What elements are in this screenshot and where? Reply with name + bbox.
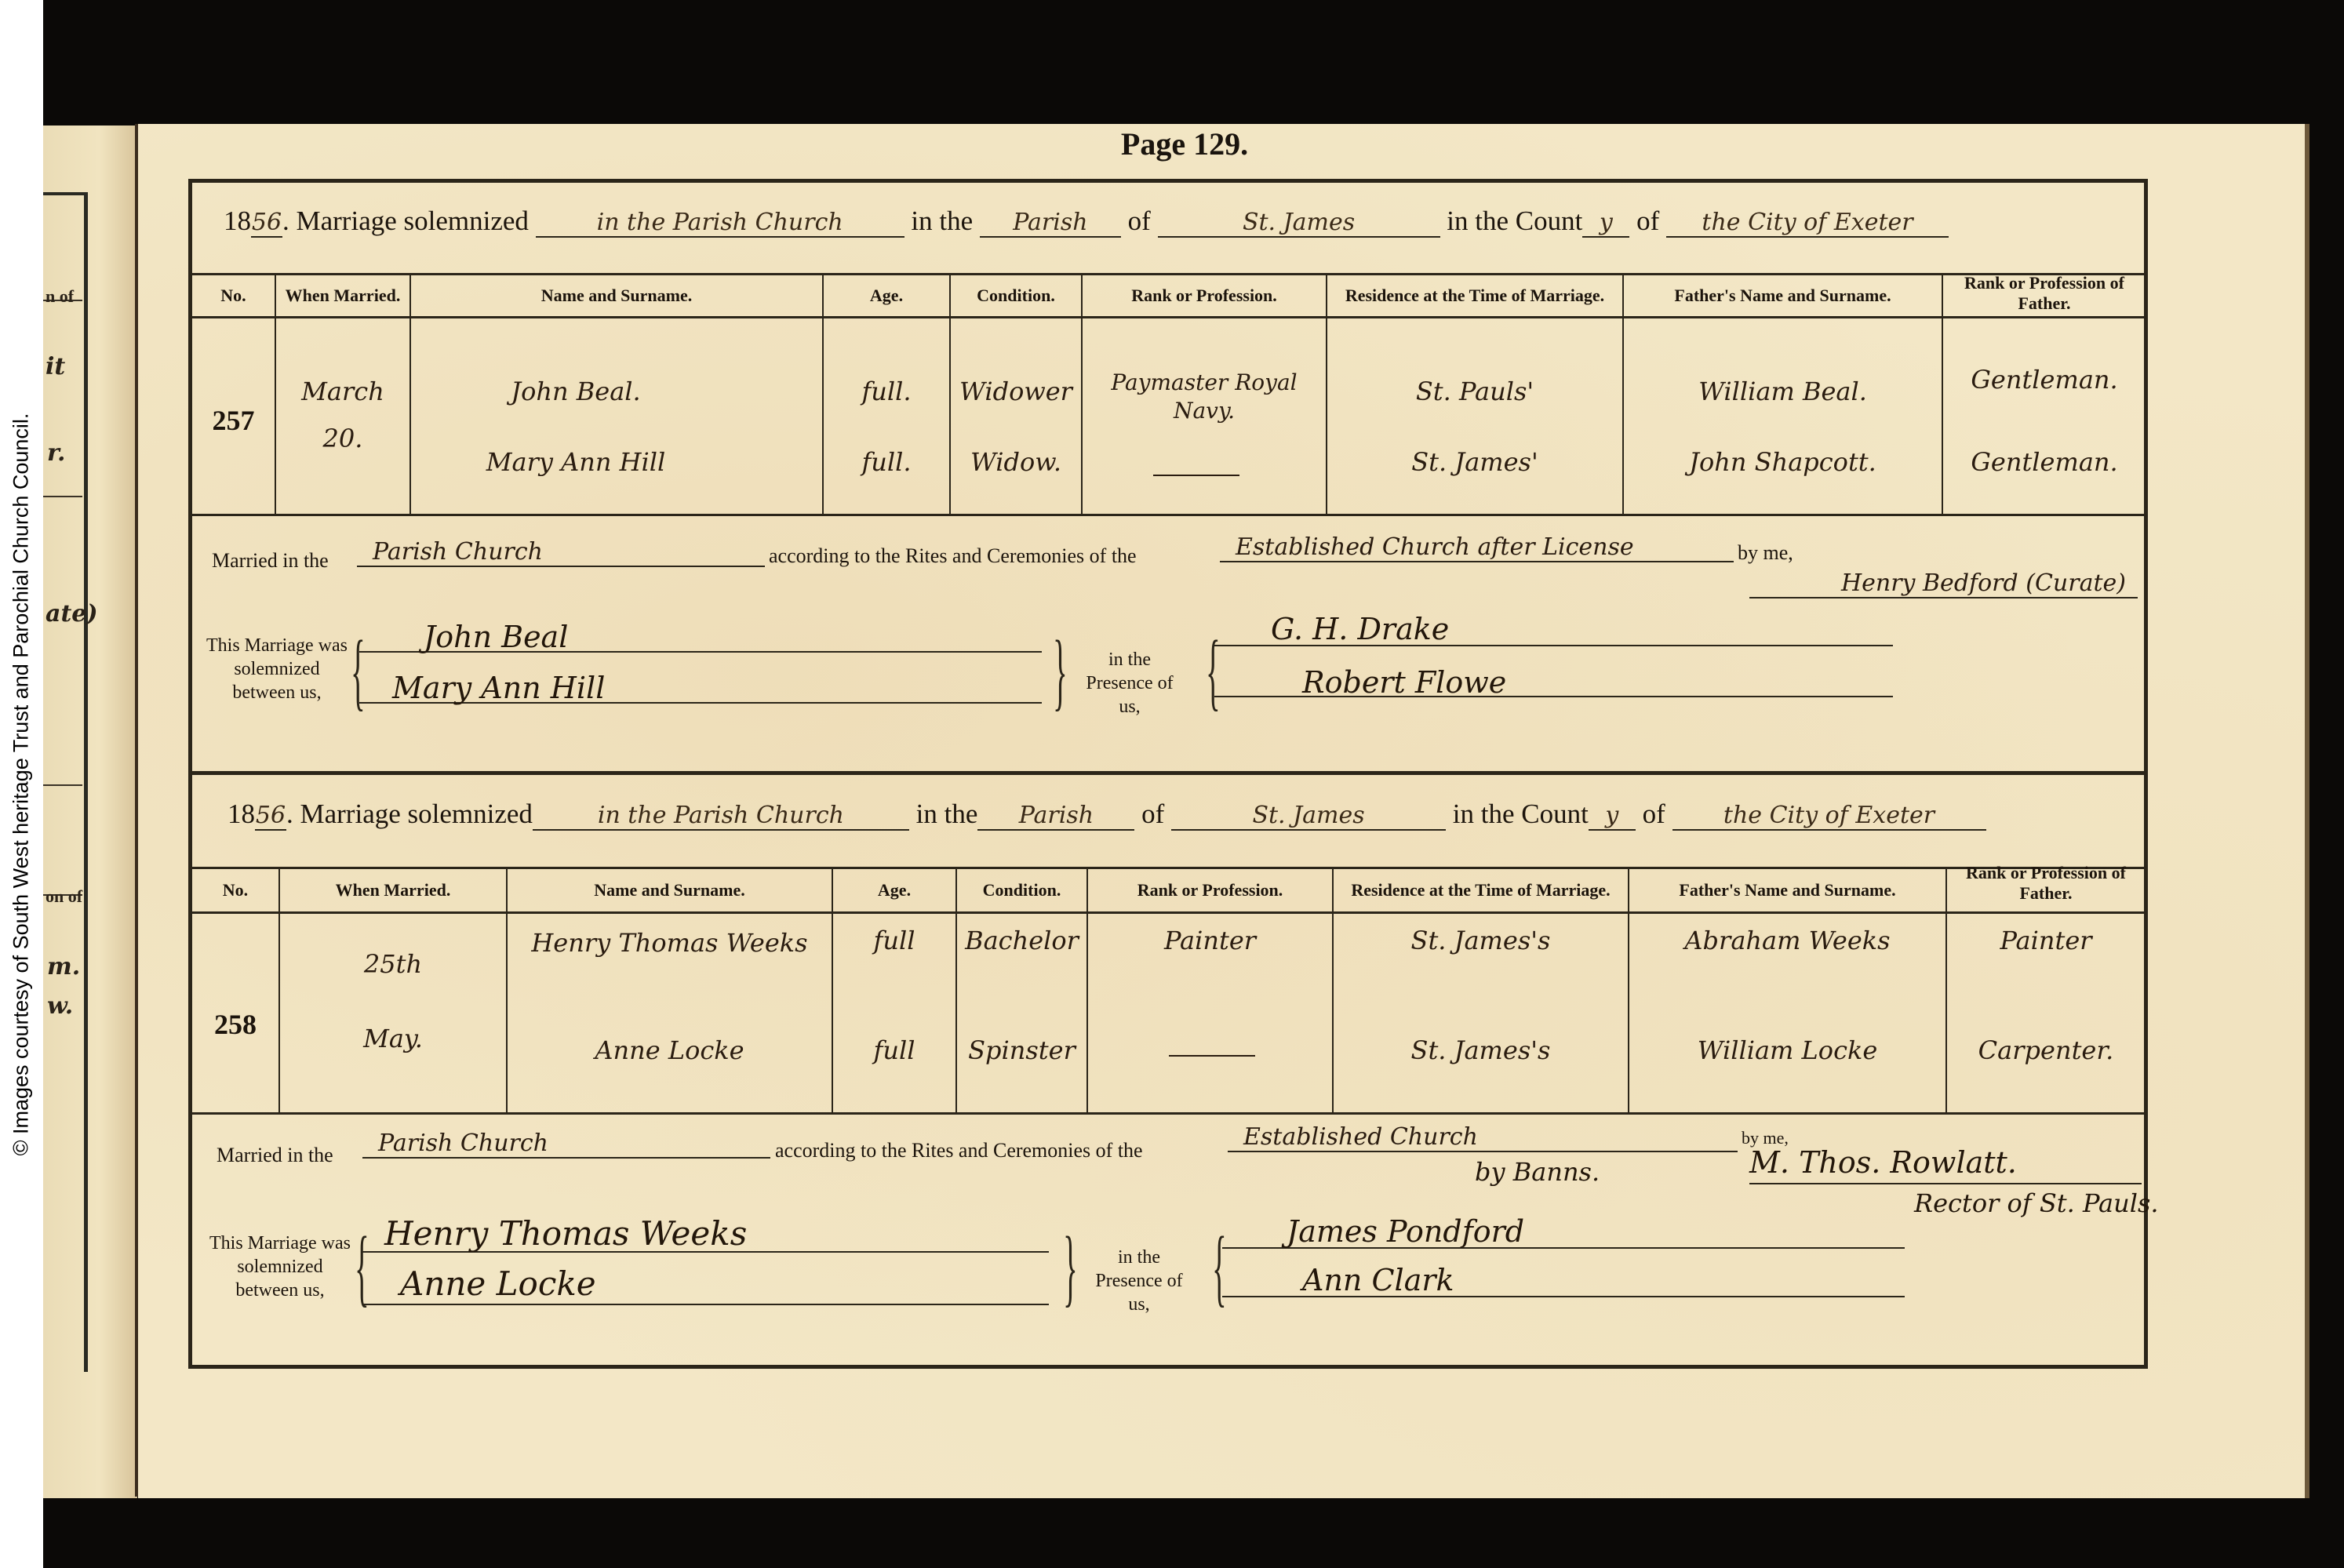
in-the-label: in the bbox=[916, 799, 978, 829]
bride-age: full. bbox=[824, 447, 949, 477]
when-married-day: 25th bbox=[280, 949, 506, 979]
bride-rank-dash bbox=[1169, 1055, 1255, 1057]
parish-name: St. James bbox=[1158, 209, 1440, 238]
rites-of: Established Church bbox=[1228, 1123, 1738, 1152]
entry-number: 257 bbox=[192, 404, 275, 437]
left-fragment-text: m. bbox=[47, 953, 80, 980]
officiant-line bbox=[1749, 1183, 2142, 1184]
year-suffix: 56 bbox=[251, 209, 282, 238]
year-prefix: 18 bbox=[224, 206, 251, 236]
col-divider bbox=[278, 867, 280, 1114]
witness-signature: Robert Flowe bbox=[1302, 665, 1506, 700]
left-brace: { bbox=[351, 628, 365, 714]
left-fragment-text: n of bbox=[45, 286, 74, 307]
bride-father-rank: Carpenter. bbox=[1947, 1035, 2145, 1065]
groom-condition: Widower bbox=[951, 377, 1081, 406]
col-divider bbox=[832, 867, 833, 1114]
groom-father-rank: Painter bbox=[1947, 926, 2145, 955]
table-top-rule bbox=[192, 273, 2144, 275]
presence-label: in the Presence of us, bbox=[1083, 648, 1177, 719]
col-header-residence: Residence at the Time of Marriage. bbox=[1334, 880, 1628, 900]
col-header-rank: Rank or Profession. bbox=[1088, 880, 1332, 900]
groom-age: full. bbox=[824, 377, 949, 406]
bride-residence: St. James's bbox=[1334, 1035, 1628, 1065]
when-married-month: March bbox=[276, 377, 409, 406]
bride-condition: Widow. bbox=[951, 447, 1081, 477]
county-suffix: y bbox=[1582, 209, 1629, 238]
bride-signature: Mary Ann Hill bbox=[392, 671, 605, 705]
county-name: the City of Exeter bbox=[1672, 802, 1986, 831]
groom-rank: Paymaster Royal Navy. bbox=[1083, 369, 1326, 425]
witness-signature: G. H. Drake bbox=[1271, 612, 1449, 646]
when-married-day: 20. bbox=[276, 424, 409, 453]
col-header-when: When Married. bbox=[280, 880, 506, 900]
officiant-signature: Henry Bedford (Curate) bbox=[1749, 569, 2138, 598]
year-suffix: 56 bbox=[255, 802, 286, 831]
groom-rank: Painter bbox=[1088, 926, 1332, 955]
parish-name: St. James bbox=[1171, 802, 1446, 831]
page-edge bbox=[2305, 124, 2309, 1498]
col-header-rank: Rank or Profession. bbox=[1083, 286, 1326, 306]
groom-condition: Bachelor bbox=[957, 926, 1086, 955]
left-rule bbox=[43, 784, 82, 786]
col-header-condition: Condition. bbox=[951, 286, 1081, 306]
bride-signature: Anne Locke bbox=[400, 1264, 596, 1303]
right-brace: } bbox=[1063, 1224, 1077, 1310]
groom-signature: Henry Thomas Weeks bbox=[384, 1214, 747, 1253]
solemnized-in: in the Parish Church bbox=[536, 209, 904, 238]
left-fragment-text: it bbox=[45, 353, 65, 380]
left-fragment-text: w. bbox=[47, 992, 73, 1020]
col-header-condition: Condition. bbox=[957, 880, 1086, 900]
col-header-no: No. bbox=[192, 880, 278, 900]
col-divider bbox=[506, 867, 508, 1114]
groom-father: Abraham Weeks bbox=[1629, 926, 1945, 955]
solemnized-label: . Marriage solemnized bbox=[282, 206, 529, 236]
col-header-father: Father's Name and Surname. bbox=[1624, 286, 1942, 306]
col-header-father-rank: Rank or Profession of Father. bbox=[1947, 863, 2145, 904]
col-header-age: Age. bbox=[824, 286, 949, 306]
county-label: in the Count bbox=[1447, 206, 1582, 236]
col-header-no: No. bbox=[192, 286, 275, 306]
bride-father-rank: Gentleman. bbox=[1943, 447, 2146, 477]
bride-father: William Locke bbox=[1629, 1035, 1945, 1065]
presence-label: in the Presence of us, bbox=[1092, 1246, 1186, 1316]
left-rule bbox=[43, 496, 82, 497]
parish-type: Parish bbox=[980, 209, 1121, 238]
credit-strip: © Images courtesy of South West heritage… bbox=[0, 0, 43, 1568]
col-header-father-rank: Rank or Profession of Father. bbox=[1943, 273, 2146, 314]
bride-rank-dash bbox=[1153, 475, 1239, 476]
col-header-father: Father's Name and Surname. bbox=[1629, 880, 1945, 900]
witness-brace: { bbox=[1206, 628, 1220, 714]
col-divider bbox=[955, 867, 957, 1114]
witness-signature: James Pondford bbox=[1287, 1214, 1524, 1249]
table-bottom-rule bbox=[192, 1112, 2144, 1115]
rites-label: according to the Rites and Ceremonies of… bbox=[775, 1139, 1143, 1162]
table-bottom-rule bbox=[192, 514, 2144, 516]
groom-name: John Beal. bbox=[411, 377, 741, 406]
groom-father-rank: Gentleman. bbox=[1943, 365, 2146, 395]
this-marriage-label: This Marriage was solemnized between us, bbox=[206, 1231, 355, 1302]
bride-father: John Shapcott. bbox=[1624, 447, 1942, 477]
col-divider bbox=[1945, 867, 1947, 1114]
header-bottom-rule bbox=[192, 911, 2144, 914]
entry-title-258: 1856. Marriage solemnizedin the Parish C… bbox=[227, 799, 1986, 831]
rites-of: Established Church after License bbox=[1220, 533, 1734, 562]
left-brace: { bbox=[355, 1224, 369, 1310]
of-label: of bbox=[1128, 206, 1151, 236]
married-in-place: Parish Church bbox=[357, 538, 765, 567]
col-header-residence: Residence at the Time of Marriage. bbox=[1327, 286, 1622, 306]
married-in-label: Married in the bbox=[217, 1144, 333, 1167]
county-label: in the Count bbox=[1453, 799, 1589, 829]
year-prefix: 18 bbox=[227, 799, 255, 829]
page-title: Page 129. bbox=[1106, 126, 1263, 162]
married-in-place: Parish Church bbox=[362, 1130, 770, 1159]
officiant-signature: M. Thos. Rowlatt. bbox=[1749, 1145, 2017, 1180]
of-label: of bbox=[1643, 799, 1665, 829]
groom-residence: St. Pauls' bbox=[1327, 377, 1622, 406]
table-top-rule bbox=[192, 867, 2144, 869]
bride-name: Mary Ann Hill bbox=[411, 447, 741, 477]
groom-residence: St. James's bbox=[1334, 926, 1628, 955]
bride-age: full bbox=[833, 1035, 955, 1065]
col-header-name: Name and Surname. bbox=[411, 286, 822, 306]
bride-condition: Spinster bbox=[957, 1035, 1086, 1065]
left-fragment-text: ate) bbox=[45, 600, 98, 628]
when-married-month: May. bbox=[280, 1024, 506, 1053]
in-the-label: in the bbox=[911, 206, 973, 236]
copyright-credit: © Images courtesy of South West heritage… bbox=[9, 413, 34, 1156]
groom-father: William Beal. bbox=[1624, 377, 1942, 406]
rites-label: according to the Rites and Ceremonies of… bbox=[769, 544, 1137, 568]
groom-name: Henry Thomas Weeks bbox=[508, 926, 832, 960]
by-me-label: by me, bbox=[1738, 541, 1793, 565]
col-header-when: When Married. bbox=[276, 286, 409, 306]
col-header-name: Name and Surname. bbox=[508, 880, 832, 900]
col-header-age: Age. bbox=[833, 880, 955, 900]
entry-title-257: 1856. Marriage solemnized in the Parish … bbox=[224, 206, 1949, 238]
county-suffix: y bbox=[1589, 802, 1636, 831]
entry-number: 258 bbox=[192, 1008, 278, 1041]
bride-name: Anne Locke bbox=[508, 1035, 832, 1065]
col-divider bbox=[1086, 867, 1088, 1114]
col-divider bbox=[1332, 867, 1334, 1114]
county-name: the City of Exeter bbox=[1666, 209, 1949, 238]
solemnized-label: . Marriage solemnized bbox=[286, 799, 533, 829]
signature-line bbox=[362, 1304, 1049, 1305]
left-fragment-text: on of bbox=[45, 886, 82, 907]
witness-signature: Ann Clark bbox=[1302, 1263, 1454, 1297]
left-fragment-text: r. bbox=[47, 439, 66, 467]
groom-signature: John Beal bbox=[424, 620, 568, 654]
this-marriage-label: This Marriage was solemnized between us, bbox=[202, 634, 351, 704]
solemnized-in: in the Parish Church bbox=[533, 802, 909, 831]
of-label: of bbox=[1636, 206, 1659, 236]
header-bottom-rule bbox=[192, 316, 2144, 318]
officiant-title: Rector of St. Pauls. bbox=[1914, 1188, 2159, 1218]
right-brace: } bbox=[1053, 628, 1067, 714]
rites-extra: by Banns. bbox=[1475, 1157, 1600, 1187]
col-divider bbox=[1628, 867, 1629, 1114]
bride-residence: St. James' bbox=[1327, 447, 1622, 477]
of-label: of bbox=[1141, 799, 1164, 829]
parish-type: Parish bbox=[977, 802, 1134, 831]
married-in-label: Married in the bbox=[212, 549, 329, 573]
groom-age: full bbox=[833, 926, 955, 955]
